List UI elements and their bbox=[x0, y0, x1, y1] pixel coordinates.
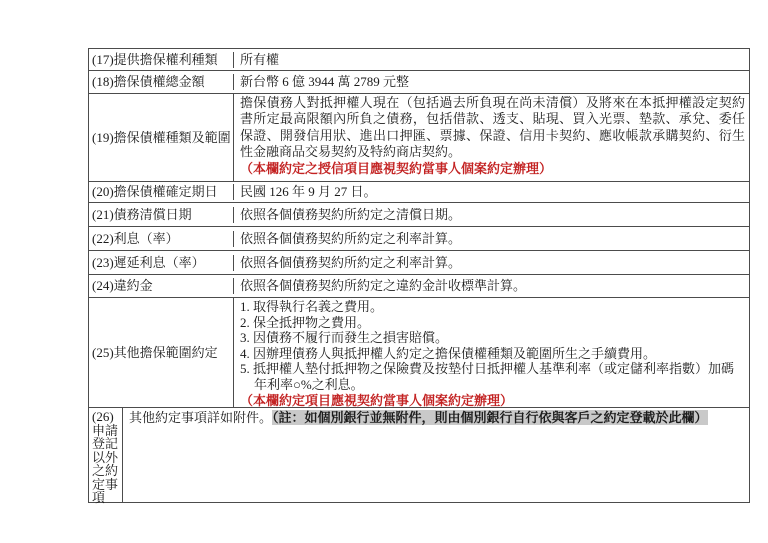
row-19-paragraph: 擔保債務人對抵押權人現在（包括過去所負現在尚未清償）及將來在本抵押權設定契約書所… bbox=[240, 95, 745, 161]
row-21-value: 依照各個債務契約所約定之清償日期。 bbox=[234, 207, 749, 223]
row-22-label: (22)利息（率） bbox=[89, 231, 234, 247]
row-26-value: 其他約定事項詳如附件。（註：如個別銀行並無附件，則由個別銀行自行依與客戶之約定登… bbox=[123, 408, 749, 502]
row-20-value: 民國 126 年 9 月 27 日。 bbox=[234, 184, 749, 200]
table-row-24: (24)違約金 依照各個債務契約所約定之違約金計收標準計算。 bbox=[89, 275, 749, 298]
row-25-value: 1. 取得執行名義之費用。 2. 保全抵押物之費用。 3. 因債務不履行而發生之… bbox=[234, 298, 749, 407]
table-row-22: (22)利息（率） 依照各個債務契約所約定之利率計算。 bbox=[89, 227, 749, 251]
row-25-item-2: 2. 保全抵押物之費用。 bbox=[240, 315, 745, 331]
row-18-label: (18)擔保債權總金額 bbox=[89, 74, 234, 90]
row-20-label: (20)擔保債權確定期日 bbox=[89, 184, 234, 200]
row-23-value: 依照各個債務契約所約定之利率計算。 bbox=[234, 255, 749, 271]
row-23-label: (23)遲延利息（率） bbox=[89, 255, 234, 271]
row-17-label: (17)提供擔保權利種類 bbox=[89, 52, 234, 68]
table-row-18: (18)擔保債權總金額 新台幣 6 億 3944 萬 2789 元整 bbox=[89, 71, 749, 94]
table-row-21: (21)債務清償日期 依照各個債務契約所約定之清償日期。 bbox=[89, 203, 749, 227]
row-19-label: (19)擔保債權種類及範圍 bbox=[89, 94, 234, 181]
row-25-item-1: 1. 取得執行名義之費用。 bbox=[240, 299, 745, 315]
row-19-value: 擔保債務人對抵押權人現在（包括過去所負現在尚未清償）及將來在本抵押權設定契約書所… bbox=[234, 94, 749, 181]
mortgage-form-table: (17)提供擔保權利種類 所有權 (18)擔保債權總金額 新台幣 6 億 394… bbox=[88, 48, 750, 503]
table-row-20: (20)擔保債權確定期日 民國 126 年 9 月 27 日。 bbox=[89, 182, 749, 203]
row-25-item-4: 4. 因辦理債務人與抵押權人約定之擔保債權種類及範圍所生之手續費用。 bbox=[240, 346, 745, 362]
row-22-value: 依照各個債務契約所約定之利率計算。 bbox=[234, 231, 749, 247]
row-18-value: 新台幣 6 億 3944 萬 2789 元整 bbox=[234, 74, 749, 90]
row-24-value: 依照各個債務契約所約定之違約金計收標準計算。 bbox=[234, 278, 749, 294]
table-row-17: (17)提供擔保權利種類 所有權 bbox=[89, 49, 749, 71]
row-25-item-5: 5. 抵押權人墊付抵押物之保險費及按墊付日抵押權人基準利率（或定儲利率指數）加碼… bbox=[240, 361, 745, 392]
table-row-19: (19)擔保債權種類及範圍 擔保債務人對抵押權人現在（包括過去所負現在尚未清償）… bbox=[89, 94, 749, 182]
table-row-26: (26)申請登記以外之約定事項 其他約定事項詳如附件。（註：如個別銀行並無附件，… bbox=[89, 408, 749, 502]
row-26-label: (26)申請登記以外之約定事項 bbox=[89, 408, 123, 502]
row-25-label: (25)其他擔保範圍約定 bbox=[89, 298, 234, 407]
row-19-red-note: （本欄約定之授信項目應視契約當事人個案約定辦理） bbox=[240, 161, 745, 177]
row-26-highlighted-note: （註：如個別銀行並無附件，則由個別銀行自行依與客戶之約定登載於此欄） bbox=[272, 410, 708, 425]
table-row-25: (25)其他擔保範圍約定 1. 取得執行名義之費用。 2. 保全抵押物之費用。 … bbox=[89, 298, 749, 408]
row-26-text: 其他約定事項詳如附件。 bbox=[129, 410, 272, 425]
row-25-item-3: 3. 因債務不履行而發生之損害賠償。 bbox=[240, 330, 745, 346]
row-24-label: (24)違約金 bbox=[89, 278, 234, 294]
row-25-red-note: （本欄約定項目應視契約當事人個案約定辦理） bbox=[240, 393, 745, 409]
table-row-23: (23)遲延利息（率） 依照各個債務契約所約定之利率計算。 bbox=[89, 251, 749, 275]
row-17-value: 所有權 bbox=[234, 52, 749, 68]
row-21-label: (21)債務清償日期 bbox=[89, 207, 234, 223]
